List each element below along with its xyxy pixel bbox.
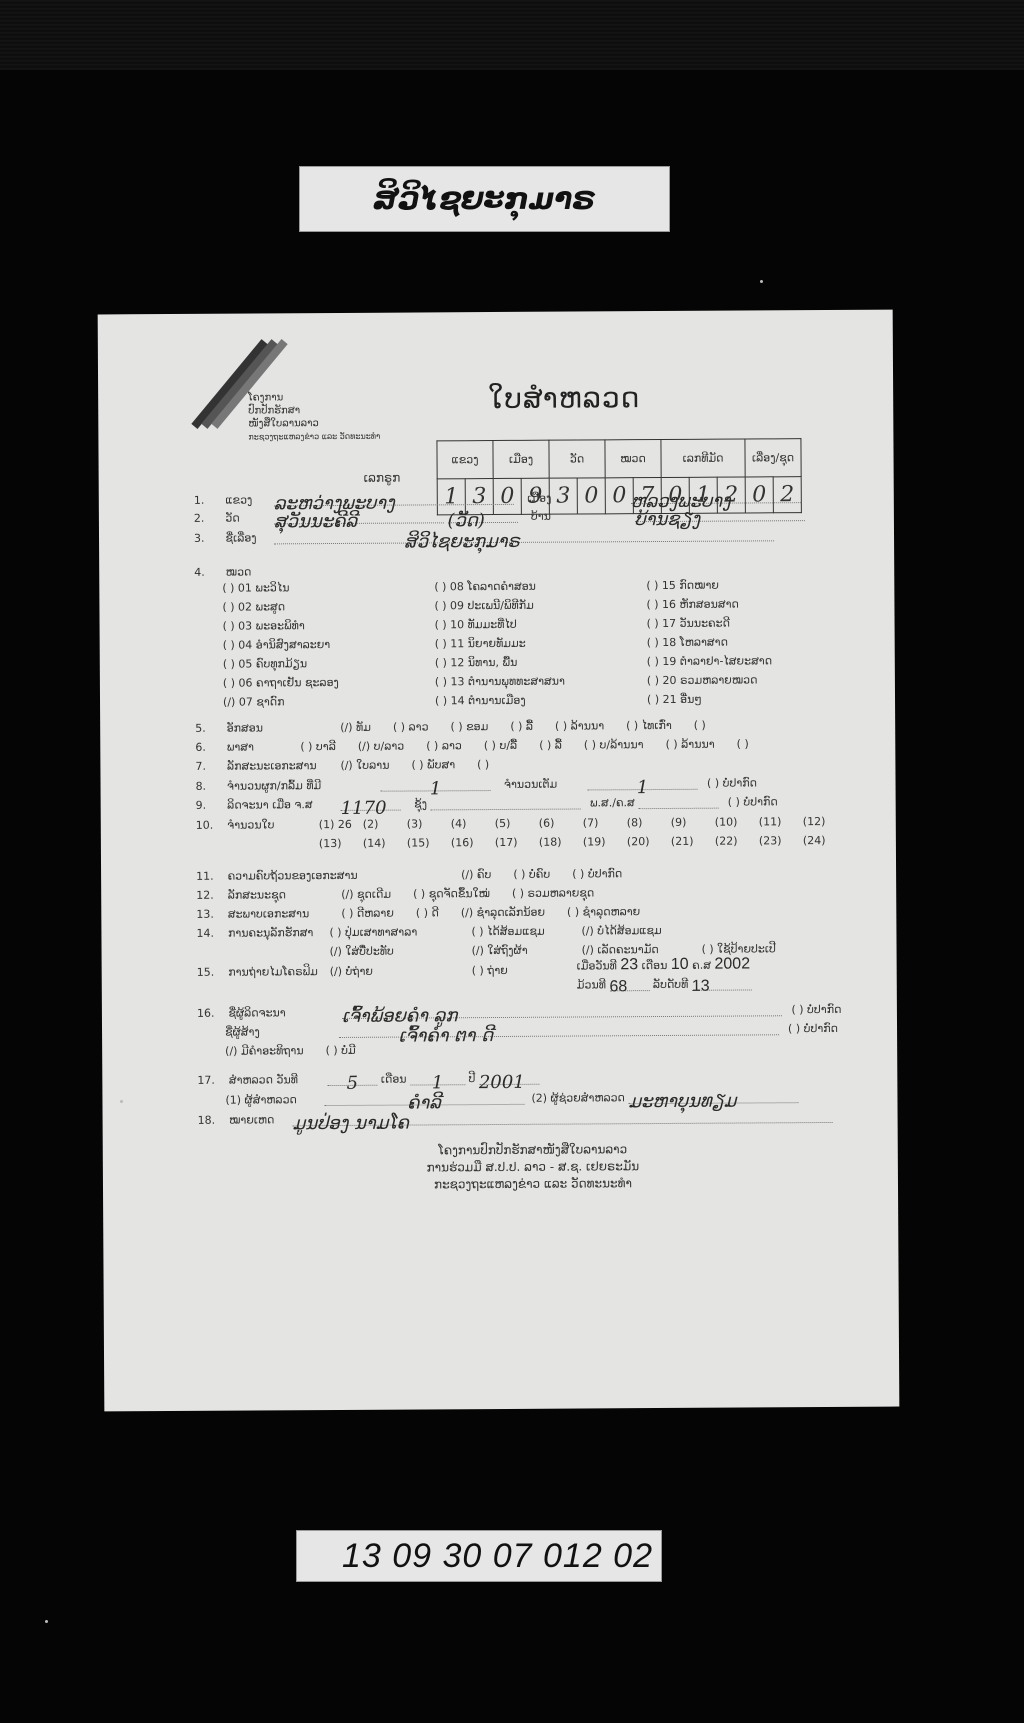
preservation-option-inner[interactable]: (/) ບໍ່ໄດ້ສ້ອມແຊມ bbox=[581, 924, 661, 937]
field-temple: 2. ວັດ ສຸວັນນະຄີລີ (ວັດ) ບ້ານ ບ້ານຊຽງ bbox=[194, 508, 805, 525]
option-label: ໄດ້ສ້ອມແຊມ bbox=[487, 925, 545, 938]
empty-box-icon: ( ) 19 bbox=[647, 655, 680, 668]
form-title: ໃບສຳຫລວດ bbox=[488, 381, 640, 415]
field-number: 11. bbox=[196, 870, 224, 883]
field-label: ປີ bbox=[468, 1072, 475, 1085]
field-label: ຊຸ້ງ bbox=[414, 797, 427, 810]
field-label: ຄວາມຄົບຖ້ວນຂອງເອກະສານ bbox=[228, 868, 458, 882]
option-label: ຂອມ bbox=[466, 720, 488, 733]
empty-box-icon: ( ) bbox=[737, 737, 749, 750]
survey-day: 5 bbox=[327, 1073, 377, 1086]
microfilm-title-label: ສິວິໄຊຍະກຸມາຣ bbox=[299, 166, 670, 232]
category-option[interactable]: ( ) 12 ນິທານ, ພື້ນ bbox=[435, 656, 518, 670]
preservation-option[interactable]: (/) ໃສ່ຖົງຜ້າ bbox=[472, 944, 550, 957]
category-options bbox=[98, 310, 893, 315]
doc-type-option[interactable]: (/) ໃບລານ bbox=[340, 759, 389, 772]
completeness-option[interactable]: (/) ຄົບ bbox=[461, 868, 491, 881]
category-option[interactable]: ( ) 15 ກົດໝາຍ bbox=[646, 579, 719, 592]
doc-type-option[interactable]: ( ) ພັບສາ bbox=[411, 758, 455, 771]
code-header-temple: ວັດ bbox=[549, 440, 605, 478]
assistant-surveyor-name: ມະຫາບຸນທຽມ bbox=[628, 1090, 798, 1104]
preservation-option[interactable]: ( ) ໄດ້ສ້ອມແຊມ bbox=[471, 925, 566, 939]
surveyor-name: ຄຳລີ bbox=[324, 1092, 524, 1106]
field-label: ຈຳນວນເຕັມ bbox=[504, 777, 584, 790]
checked-box-icon: (/) bbox=[330, 965, 346, 978]
set-type-option[interactable]: ( ) ຣວມຫລາຍຊຸດ bbox=[512, 886, 594, 900]
checked-box-icon: (/) bbox=[581, 924, 597, 937]
empty-box-icon: ( ) bbox=[555, 720, 571, 733]
leaf-count-entry: (4) bbox=[451, 817, 467, 830]
field-label: ໝວດ bbox=[226, 566, 252, 579]
surveyors: (1) ຜູ້ສຳຫລວດ ຄຳລີ (2) ຜູ້ຊ່ວຍສຳຫລວດ ມະຫ… bbox=[225, 1090, 798, 1106]
empty-box-icon: ( ) bbox=[341, 907, 357, 920]
option-label: ບໍ່ປາກົດ bbox=[588, 867, 623, 880]
field-number: 4. bbox=[194, 566, 222, 579]
preservation-option[interactable]: ( ) ປຸ່ມເສາທາສາລາ bbox=[329, 925, 439, 939]
option-label: ຊຳລຸດເລັກນ້ອຍ bbox=[477, 906, 545, 919]
section-condition: 13. ສະພາບເອກະສານ ( ) ດີຫລາຍ( ) ດີ(/) ຊຳລ… bbox=[196, 905, 662, 921]
empty-box-icon: ( ) bbox=[416, 906, 432, 919]
leaf-count-entry: (1) 26 bbox=[319, 818, 352, 831]
option-label: ໃສ່ຖົງຜ້າ bbox=[487, 944, 527, 957]
completeness-options: (/) ຄົບ( ) ບໍ່ຄົບ( ) ບໍ່ປາກົດ bbox=[461, 867, 644, 881]
preservation-option-inner[interactable]: ( ) ປຸ່ມເສາທາສາລາ bbox=[329, 925, 417, 939]
field-label: ຈຳນວນຜູກ/ກລົ້ມ ທີ່ມີ bbox=[227, 779, 377, 793]
completeness-option[interactable]: ( ) ບໍ່ຄົບ bbox=[513, 868, 550, 881]
empty-box-icon: ( ) 02 bbox=[222, 600, 255, 613]
condition-option[interactable]: ( ) ດີ bbox=[416, 906, 439, 919]
field-label: ວັດ bbox=[225, 511, 270, 524]
field-number: 15. bbox=[197, 966, 225, 979]
option-label: ຊຳລຸດຫລາຍ bbox=[583, 905, 641, 918]
completeness-option[interactable]: ( ) ບໍ່ປາກົດ bbox=[572, 867, 622, 880]
option-label: ດີຫລາຍ bbox=[357, 907, 394, 920]
condition-option[interactable]: ( ) ຊຳລຸດຫລາຍ bbox=[567, 905, 640, 918]
empty-box-icon: ( ) 21 bbox=[647, 693, 680, 706]
checked-box-icon: (/) bbox=[461, 868, 477, 881]
category-option[interactable]: ( ) 19 ຕຳລາຢາ-ໄສຍະສາດ bbox=[647, 654, 772, 668]
empty-box-icon: ( ) 12 bbox=[435, 656, 468, 669]
section-category: 4. ໝວດ bbox=[194, 566, 251, 579]
microfilm-option-inner[interactable]: (/) ບໍ່ຖ່າຍ bbox=[330, 965, 373, 978]
empty-box-icon: ( ) 05 bbox=[223, 657, 256, 670]
prayer-option[interactable]: ( ) ບໍ່ມີ bbox=[326, 1044, 356, 1057]
option-label: ຊຸດເດີມ bbox=[357, 888, 391, 901]
empty-box-icon: ( ) 10 bbox=[435, 618, 468, 631]
field-number: 3. bbox=[194, 532, 222, 545]
unknown-option[interactable]: ບໍ່ປາກົດ bbox=[804, 1022, 839, 1035]
option-label: ໂຫລາສາດ bbox=[680, 636, 728, 649]
option-label: ປະເພນີ/ພິທີກັມ bbox=[467, 599, 533, 612]
script-option[interactable]: ( ) ຂອມ bbox=[450, 720, 488, 733]
prayer-option[interactable]: (/) ມີຄຳອະທິຖານ bbox=[225, 1044, 303, 1057]
field-label: ເດືອນ bbox=[642, 959, 668, 972]
option-label: ຣວມຫລາຍໝວດ bbox=[680, 673, 758, 686]
option-label: ໃສ່ບ໋ີປະທັບ bbox=[345, 945, 394, 958]
sponsor-name: ເຈົ້າຄຳ ຕາ ດີ bbox=[339, 1023, 779, 1038]
microfilm-option-inner[interactable]: ( ) ຖ່າຍ bbox=[472, 964, 508, 977]
empty-box-icon: ( ) 20 bbox=[647, 674, 680, 687]
empty-box-icon: ( ) 17 bbox=[647, 617, 680, 630]
code-header-text: ເລື່ອງ/ຊຸດ bbox=[745, 439, 801, 477]
field-label: ລັບດັບທີ bbox=[653, 978, 689, 991]
remarks-value: ມູນປ່ອງ ນາມໂຄ bbox=[293, 1110, 833, 1126]
section-date-written: 9. ລິດຈະນາ ເມື່ອ ຈ.ສ 1170 ຊຸ້ງ ພ.ສ./ຄ.ສ … bbox=[196, 795, 778, 812]
option-label: ຊຸດຈັດຂຶ້ນໃໝ່ bbox=[429, 887, 490, 900]
preservation-options bbox=[98, 310, 893, 315]
checked-box-icon: (/) bbox=[358, 740, 374, 753]
option-label: ກົດໝາຍ bbox=[679, 579, 719, 592]
option-label: ບ/ລື້ bbox=[499, 739, 517, 752]
option-label: ໃບລານ bbox=[356, 759, 389, 772]
section-bundle-count: 8. ຈຳນວນຜູກ/ກລົ້ມ ທີ່ມີ 1 ຈຳນວນເຕັມ 1 ( … bbox=[196, 776, 758, 792]
microfilm-day: 23 bbox=[620, 956, 638, 973]
field-number: 6. bbox=[195, 741, 223, 754]
empty-box-icon: ( ) 13 bbox=[435, 675, 468, 688]
temple-value-suffix: (ວັດ) bbox=[447, 510, 517, 523]
empty-box-icon: ( ) bbox=[471, 925, 487, 938]
leaf-count-entry: (23) bbox=[759, 834, 782, 847]
section-doc-type: 7. ລັກສະນະເອກະສານ (/) ໃບລານ( ) ພັບສາ( ) bbox=[195, 758, 511, 773]
field-label: ມ້ວນທີ bbox=[577, 978, 606, 991]
preservation-option-inner[interactable]: (/) ໃສ່ຖົງຜ້າ bbox=[472, 944, 528, 957]
doc-type-options: (/) ໃບລານ( ) ພັບສາ( ) bbox=[340, 758, 511, 772]
field-number: 5. bbox=[195, 722, 223, 735]
script-option[interactable]: (/) ທັມ bbox=[340, 721, 371, 734]
empty-box-icon: ( ) 14 bbox=[435, 694, 468, 707]
empty-box-icon: ( ) bbox=[393, 721, 409, 734]
field-label: ພ.ສ./ຄ.ສ bbox=[590, 796, 635, 809]
district-value: ຫລວງພະບາງ bbox=[631, 490, 801, 504]
microfilm-noise-band bbox=[0, 0, 1024, 70]
leaf-count-entry: (14) bbox=[363, 837, 386, 850]
language-option[interactable]: ( ) bbox=[737, 737, 749, 750]
language-option[interactable]: ( ) ລ້ານນາ bbox=[666, 738, 715, 751]
field-label: ລິດຈະນາ ເມື່ອ ຈ.ສ bbox=[227, 798, 337, 812]
option-label: ຫັກສອນສາດ bbox=[679, 598, 738, 611]
field-label: ອັກສອນ bbox=[227, 721, 337, 735]
option-label: ນິທານ, ພື້ນ bbox=[468, 656, 518, 669]
preservation-option-inner[interactable]: (/) ໃສ່ບ໋ີປະທັບ bbox=[330, 945, 394, 958]
empty-box-icon: ( ) 03 bbox=[223, 619, 256, 632]
option-label: ຣວມຫລາຍຊຸດ bbox=[527, 886, 594, 899]
org-line: ໂຄງການ bbox=[248, 391, 380, 405]
code-header-district: ເມືອງ bbox=[493, 440, 549, 478]
checked-box-icon: (/) bbox=[341, 888, 357, 901]
code-label-text: 13 09 30 07 012 02 bbox=[342, 1537, 653, 1576]
unknown-option[interactable]: ບໍ່ປາກົດ bbox=[723, 776, 758, 789]
category-option[interactable]: ( ) 17 ວັນນະຄະດີ bbox=[647, 617, 730, 631]
field-number: 2. bbox=[194, 512, 222, 525]
unknown-option[interactable]: ບໍ່ປາກົດ bbox=[743, 795, 778, 808]
field-label: ຊື່ເລື່ອງ bbox=[225, 531, 270, 544]
language-option[interactable]: ( ) ລາວ bbox=[426, 739, 462, 752]
field-province: 1. ແຂວງ ລະຫວ່າງພະບາງ ເມືອງ ຫລວງພະບາງ bbox=[194, 490, 801, 507]
empty-box-icon: ( ) bbox=[484, 739, 500, 752]
section-set-type: 12. ລັກສະນະຊຸດ (/) ຊຸດເດີມ( ) ຊຸດຈັດຂຶ້ນ… bbox=[196, 886, 616, 902]
option-label: ມີຄຳອະທິຖານ bbox=[241, 1044, 304, 1057]
empty-box-icon: ( ) bbox=[572, 867, 588, 880]
category-option[interactable]: ( ) 02 ພະສູດ bbox=[222, 600, 285, 613]
empty-box-icon: ( ) bbox=[567, 905, 583, 918]
field-number: 1. bbox=[194, 494, 222, 507]
option-label: ທັມ bbox=[356, 721, 371, 734]
empty-box-icon: ( ) bbox=[512, 887, 528, 900]
category-option[interactable]: ( ) 21 ອື່ນໆ bbox=[647, 693, 702, 706]
checked-box-icon: (/) bbox=[225, 1045, 241, 1058]
category-option[interactable]: ( ) 01 ພະວິໄນ bbox=[222, 581, 289, 594]
script-option[interactable]: ( ) ລ້ານນາ bbox=[555, 719, 604, 732]
preservation-option-inner[interactable]: (/) ເລັດຄະນາມັດ bbox=[582, 943, 659, 956]
option-label: ບໍ່ມີ bbox=[341, 1044, 356, 1057]
leaf-count-entry: (13) bbox=[319, 837, 342, 850]
checked-box-icon: (/) bbox=[340, 759, 356, 772]
category-option[interactable]: ( ) 18 ໂຫລາສາດ bbox=[647, 636, 728, 649]
survey-month: 1 bbox=[410, 1072, 465, 1085]
scribe-name: ເຈົ້າພ້ອຍຄຳ ລູກ bbox=[342, 1003, 782, 1019]
option-label: ຕຳລາຢາ-ໄສຍະສາດ bbox=[680, 654, 772, 668]
option-label: ລື້ bbox=[555, 739, 562, 752]
empty-box-icon: ( ) bbox=[329, 926, 345, 939]
temple-value: ສຸວັນນະຄີລີ bbox=[274, 510, 444, 524]
empty-box-icon: ( ) bbox=[539, 739, 555, 752]
frame-number: 13 bbox=[692, 977, 752, 990]
leaf-count-entry: (19) bbox=[583, 835, 606, 848]
microfilm-reel: ມ້ວນທີ 68 ລັບດັບທີ 13 bbox=[577, 977, 752, 991]
code-header-province: ແຂວງ bbox=[437, 441, 493, 479]
footer-line: ການຮ່ວມມື ສ.ປ.ປ. ລາວ - ສ.ຊ. ເຢຍຣະມັນ bbox=[383, 1158, 683, 1177]
empty-box-icon: ( ) bbox=[584, 738, 600, 751]
leaf-count-entry: (8) bbox=[627, 816, 643, 829]
leaf-count-entry: (17) bbox=[495, 836, 518, 849]
set-type-option[interactable]: ( ) ຊຸດຈັດຂຶ້ນໃໝ່ bbox=[413, 887, 490, 900]
category-option[interactable]: ( ) 14 ຕຳນານເມືອງ bbox=[435, 694, 526, 708]
checked-box-icon: (/) bbox=[582, 943, 598, 956]
microfilm-month: 10 bbox=[671, 956, 689, 973]
set-type-options: (/) ຊຸດເດີມ( ) ຊຸດຈັດຂຶ້ນໃໝ່( ) ຣວມຫລາຍຊ… bbox=[341, 886, 616, 901]
language-option[interactable]: ( ) ບ/ລ້ານນາ bbox=[584, 738, 644, 751]
preservation-option-inner[interactable]: ( ) ໃຊ້ປ້າຍປະເປີ bbox=[702, 942, 776, 955]
film-speck bbox=[760, 280, 763, 283]
option-label: ທັມມະທີ່ໄປ bbox=[468, 618, 517, 631]
leaf-count-entry: (24) bbox=[803, 834, 826, 847]
option-label: ພະວິໄນ bbox=[255, 581, 289, 594]
option-label: ໄທເກົ່າ bbox=[642, 719, 672, 732]
condition-option[interactable]: (/) ຊຳລຸດເລັກນ້ອຍ bbox=[461, 906, 545, 920]
empty-box-icon: ( ) 15 bbox=[646, 579, 679, 592]
language-option[interactable]: ( ) ບ/ລື້ bbox=[484, 739, 517, 752]
unknown-option[interactable]: ບໍ່ປາກົດ bbox=[807, 1003, 842, 1016]
script-option[interactable]: ( ) ໄທເກົ່າ bbox=[626, 719, 672, 732]
microfilm-option[interactable]: (/) ບໍ່ຖ່າຍ bbox=[330, 965, 395, 978]
year-cycle-value bbox=[430, 796, 580, 810]
field-label: ຊື່ຜູ້ສ້າງ bbox=[225, 1025, 335, 1039]
preservation-option-inner[interactable]: ( ) ໄດ້ສ້ອມແຊມ bbox=[471, 925, 544, 938]
option-label: ຖ່າຍ bbox=[487, 964, 508, 977]
condition-options: ( ) ດີຫລາຍ( ) ດີ(/) ຊຳລຸດເລັກນ້ອຍ( ) ຊຳລ… bbox=[341, 905, 662, 920]
leaf-count-entry: (20) bbox=[627, 835, 650, 848]
preservation-option[interactable]: (/) ບໍ່ໄດ້ສ້ອມແຊມ bbox=[581, 924, 683, 938]
form-footer: ໂຄງການປົກປັກຮັກສາໜັງສືໃບລານລາວ ການຮ່ວມມື… bbox=[383, 1141, 683, 1194]
microfilm-code-label: 13 09 30 07 012 02 bbox=[296, 1530, 662, 1582]
leaf-count-entry: (9) bbox=[671, 816, 687, 829]
option-label: ຕຳນານເມືອງ bbox=[468, 694, 526, 707]
script-option[interactable]: ( ) bbox=[694, 719, 706, 732]
language-option[interactable]: ( ) ບາລີ bbox=[300, 740, 336, 753]
field-number: 12. bbox=[196, 889, 224, 902]
org-line: ປົກປັກຮັກສາ bbox=[248, 404, 380, 418]
category-option[interactable]: ( ) 06 ຄາຖາເຢັນ ຊະລອງ bbox=[223, 676, 339, 690]
empty-box-icon: ( ) bbox=[626, 719, 642, 732]
option-label: ລາວ bbox=[442, 739, 462, 752]
bundle-total-value: 1 bbox=[587, 777, 697, 791]
option-label: ໃຊ້ປ້າຍປະເປີ bbox=[717, 942, 776, 955]
empty-box-icon: ( ) bbox=[300, 740, 316, 753]
prayer-options bbox=[98, 310, 893, 315]
option-label: ບໍ່ຖ່າຍ bbox=[345, 965, 373, 978]
empty-box-icon: ( ) 01 bbox=[222, 581, 255, 594]
empty-box-icon: ( ) 16 bbox=[646, 598, 679, 611]
field-label: ສະພາບເອກະສານ bbox=[228, 907, 338, 921]
option-label: ບໍ່ຄົບ bbox=[529, 868, 550, 881]
section-preservation: 14. ການຄະນຸລັກຮັກສາ bbox=[196, 926, 338, 940]
script-option[interactable]: ( ) ລື້ bbox=[510, 720, 533, 733]
province-value: ລະຫວ່າງພະບາງ bbox=[274, 492, 514, 506]
option-label: ຕຳນານພຸທທະສາສນາ bbox=[468, 675, 565, 689]
field-number: 10. bbox=[196, 819, 224, 832]
option-label: ເລັດຄະນາມັດ bbox=[597, 943, 659, 956]
option-label: ລື້ bbox=[526, 720, 533, 733]
field-number: 16. bbox=[197, 1007, 225, 1020]
survey-form-page: ໂຄງການ ປົກປັກຮັກສາ ໜັງສືໃບລານລາວ ກະຊວງຖະ… bbox=[98, 310, 900, 1412]
field-label: ໝາຍເຫດ bbox=[229, 1113, 289, 1126]
field-title: 3. ຊື່ເລື່ອງ ສິວິໄຊຍະກຸມາຣ bbox=[194, 528, 774, 545]
section-scribe: 16. ຊື່ຜູ້ລິດຈະນາ ເຈົ້າພ້ອຍຄຳ ລູກ ( ) ບໍ… bbox=[197, 1003, 842, 1020]
field-label: ຈຳນວນໃບ bbox=[227, 818, 287, 831]
option-label: ບ/ລາວ bbox=[374, 740, 405, 753]
section-microfilm: 15. ການຖ່າຍໄມໂຄຣຟິມ bbox=[197, 965, 339, 979]
leaf-count-entry: (2) bbox=[363, 818, 379, 831]
code-header-bundle: ເລກທີມັດ bbox=[661, 439, 745, 478]
leaf-count-entry: (22) bbox=[715, 835, 738, 848]
option-label: ຄົບທຸກມ້ຽນ bbox=[256, 657, 307, 670]
leaf-count-entry: (18) bbox=[539, 836, 562, 849]
empty-box-icon: ( ) 06 bbox=[223, 676, 256, 689]
empty-box-icon: ( ) 11 bbox=[435, 637, 468, 650]
film-speck bbox=[120, 1100, 123, 1103]
category-option[interactable]: ( ) 03 ພະອະພິທຳ bbox=[223, 619, 305, 633]
category-option[interactable]: ( ) 11 ນິຍາຍທັມມະ bbox=[435, 637, 526, 651]
bundle-count-value: 1 bbox=[380, 778, 490, 792]
field-label: ເມື່ອວັນທີ bbox=[577, 959, 617, 972]
leaf-count-entry: (7) bbox=[583, 816, 599, 829]
language-options: ( ) ບາລີ(/) ບ/ລາວ( ) ລາວ( ) ບ/ລື້( ) ລື້… bbox=[300, 737, 771, 753]
category-option[interactable]: ( ) 13 ຕຳນານພຸທທະສາສນາ bbox=[435, 675, 565, 689]
org-line: ກະຊວງຖະແຫລງຂ່າວ ແລະ ວັດທະນະທຳ bbox=[248, 430, 380, 444]
category-option[interactable]: ( ) 04 ອຳນິສົງສາລະຍາ bbox=[223, 638, 331, 652]
category-option[interactable]: ( ) 10 ທັມມະທີ່ໄປ bbox=[435, 618, 517, 632]
checked-box-icon: (/) bbox=[340, 721, 356, 734]
category-option[interactable]: (/) 07 ຊາດົກ bbox=[223, 695, 285, 708]
option-label: ວັນນະຄະດີ bbox=[680, 617, 730, 630]
leaf-count-entry: (6) bbox=[539, 817, 555, 830]
option-label: ບ/ລ້ານນາ bbox=[599, 738, 643, 751]
option-label: ດີ bbox=[431, 906, 438, 919]
leaf-count-grid bbox=[98, 310, 893, 315]
script-option[interactable]: ( ) ລາວ bbox=[393, 720, 429, 733]
field-label: ສຳຫລວດ ວັນທີ bbox=[229, 1073, 324, 1087]
empty-box-icon: ( ) 18 bbox=[647, 636, 680, 649]
category-option[interactable]: ( ) 08 ໂຄລາດຄຳສອນ bbox=[434, 580, 536, 594]
empty-box-icon: ( ) 09 bbox=[434, 599, 467, 612]
empty-box-icon: ( ) bbox=[426, 739, 442, 752]
empty-box-icon: ( ) bbox=[513, 868, 529, 881]
empty-box-icon: ( ) bbox=[666, 738, 682, 751]
field-label: ພາສາ bbox=[227, 740, 297, 753]
set-type-option[interactable]: (/) ຊຸດເດີມ bbox=[341, 888, 391, 901]
field-number: 7. bbox=[195, 760, 223, 773]
section-completeness: 11. ຄວາມຄົບຖ້ວນຂອງເອກະສານ (/) ຄົບ( ) ບໍ່… bbox=[196, 867, 644, 883]
section-leaf-count: 10. ຈຳນວນໃບ bbox=[196, 818, 288, 832]
field-label: ລັກສະນະເອກະສານ bbox=[227, 759, 337, 773]
empty-box-icon: ( ) 04 bbox=[223, 638, 256, 651]
empty-box-icon: ( ) bbox=[472, 964, 488, 977]
checked-box-icon: (/) 07 bbox=[223, 695, 256, 708]
preservation-option[interactable]: (/) ໃສ່ບ໋ີປະທັບ bbox=[330, 945, 416, 959]
script-options: (/) ທັມ( ) ລາວ( ) ຂອມ( ) ລື້( ) ລ້ານນາ( … bbox=[340, 719, 728, 734]
field-label: ແຂວງ bbox=[225, 493, 270, 506]
option-label: ລາວ bbox=[408, 720, 428, 733]
leaf-count-entry: (16) bbox=[451, 836, 474, 849]
field-label: ການຄະນຸລັກຮັກສາ bbox=[228, 926, 338, 940]
preservation-option[interactable]: (/) ເລັດຄະນາມັດ bbox=[582, 943, 681, 957]
field-number: 17. bbox=[197, 1074, 225, 1087]
preservation-option[interactable]: ( ) ໃຊ້ປ້າຍປະເປີ bbox=[702, 942, 798, 956]
leaf-count-entry: (11) bbox=[759, 815, 782, 828]
field-label: ຊື່ຜູ້ລິດຈະນາ bbox=[228, 1006, 338, 1020]
condition-option[interactable]: ( ) ດີຫລາຍ bbox=[341, 907, 394, 920]
option-label: ລ້ານນາ bbox=[571, 719, 605, 732]
checked-box-icon: (/) bbox=[472, 944, 488, 957]
film-speck bbox=[45, 1620, 48, 1623]
year-cs-value: 1170 bbox=[341, 798, 401, 811]
leaf-count-entry: (15) bbox=[407, 836, 430, 849]
language-option[interactable]: ( ) ລື້ bbox=[539, 739, 562, 752]
category-option[interactable]: ( ) 05 ຄົບທຸກມ້ຽນ bbox=[223, 657, 307, 671]
field-label: ການຖ່າຍໄມໂຄຣຟິມ bbox=[228, 965, 338, 979]
section-language: 6. ພາສາ ( ) ບາລີ(/) ບ/ລາວ( ) ລາວ( ) ບ/ລື… bbox=[195, 737, 771, 754]
option-label: ຊາດົກ bbox=[256, 695, 284, 708]
leaf-count-entry: (3) bbox=[407, 817, 423, 830]
leaf-count-entry: (10) bbox=[715, 816, 738, 829]
option-label: ພະອະພິທຳ bbox=[256, 619, 305, 632]
doc-type-option[interactable]: ( ) bbox=[477, 758, 489, 771]
footer-line: ໂຄງການປົກປັກຮັກສາໜັງສືໃບລານລາວ bbox=[383, 1141, 683, 1160]
category-option[interactable]: ( ) 16 ຫັກສອນສາດ bbox=[646, 598, 739, 612]
option-label: ປຸ່ມເສາທາສາລາ bbox=[345, 925, 417, 938]
section-remarks: 18. ໝາຍເຫດ ມູນປ່ອງ ນາມໂຄ bbox=[198, 1110, 833, 1127]
empty-box-icon: ( ) 08 bbox=[434, 580, 467, 593]
language-option[interactable]: (/) ບ/ລາວ bbox=[358, 740, 405, 753]
field-label: (2) ຜູ້ຊ່ວຍສຳຫລວດ bbox=[531, 1091, 625, 1105]
microfilm-option[interactable]: ( ) ຖ່າຍ bbox=[472, 964, 530, 977]
category-option[interactable]: ( ) 20 ຣວມຫລາຍໝວດ bbox=[647, 673, 758, 687]
empty-box-icon: ( ) bbox=[510, 720, 526, 733]
category-option[interactable]: ( ) 09 ປະເພນີ/ພິທີກັມ bbox=[434, 599, 533, 613]
survey-year: 2001 bbox=[479, 1072, 539, 1085]
field-label: ລັກສະນະຊຸດ bbox=[228, 888, 338, 902]
field-label: ບ້ານ bbox=[531, 509, 631, 523]
